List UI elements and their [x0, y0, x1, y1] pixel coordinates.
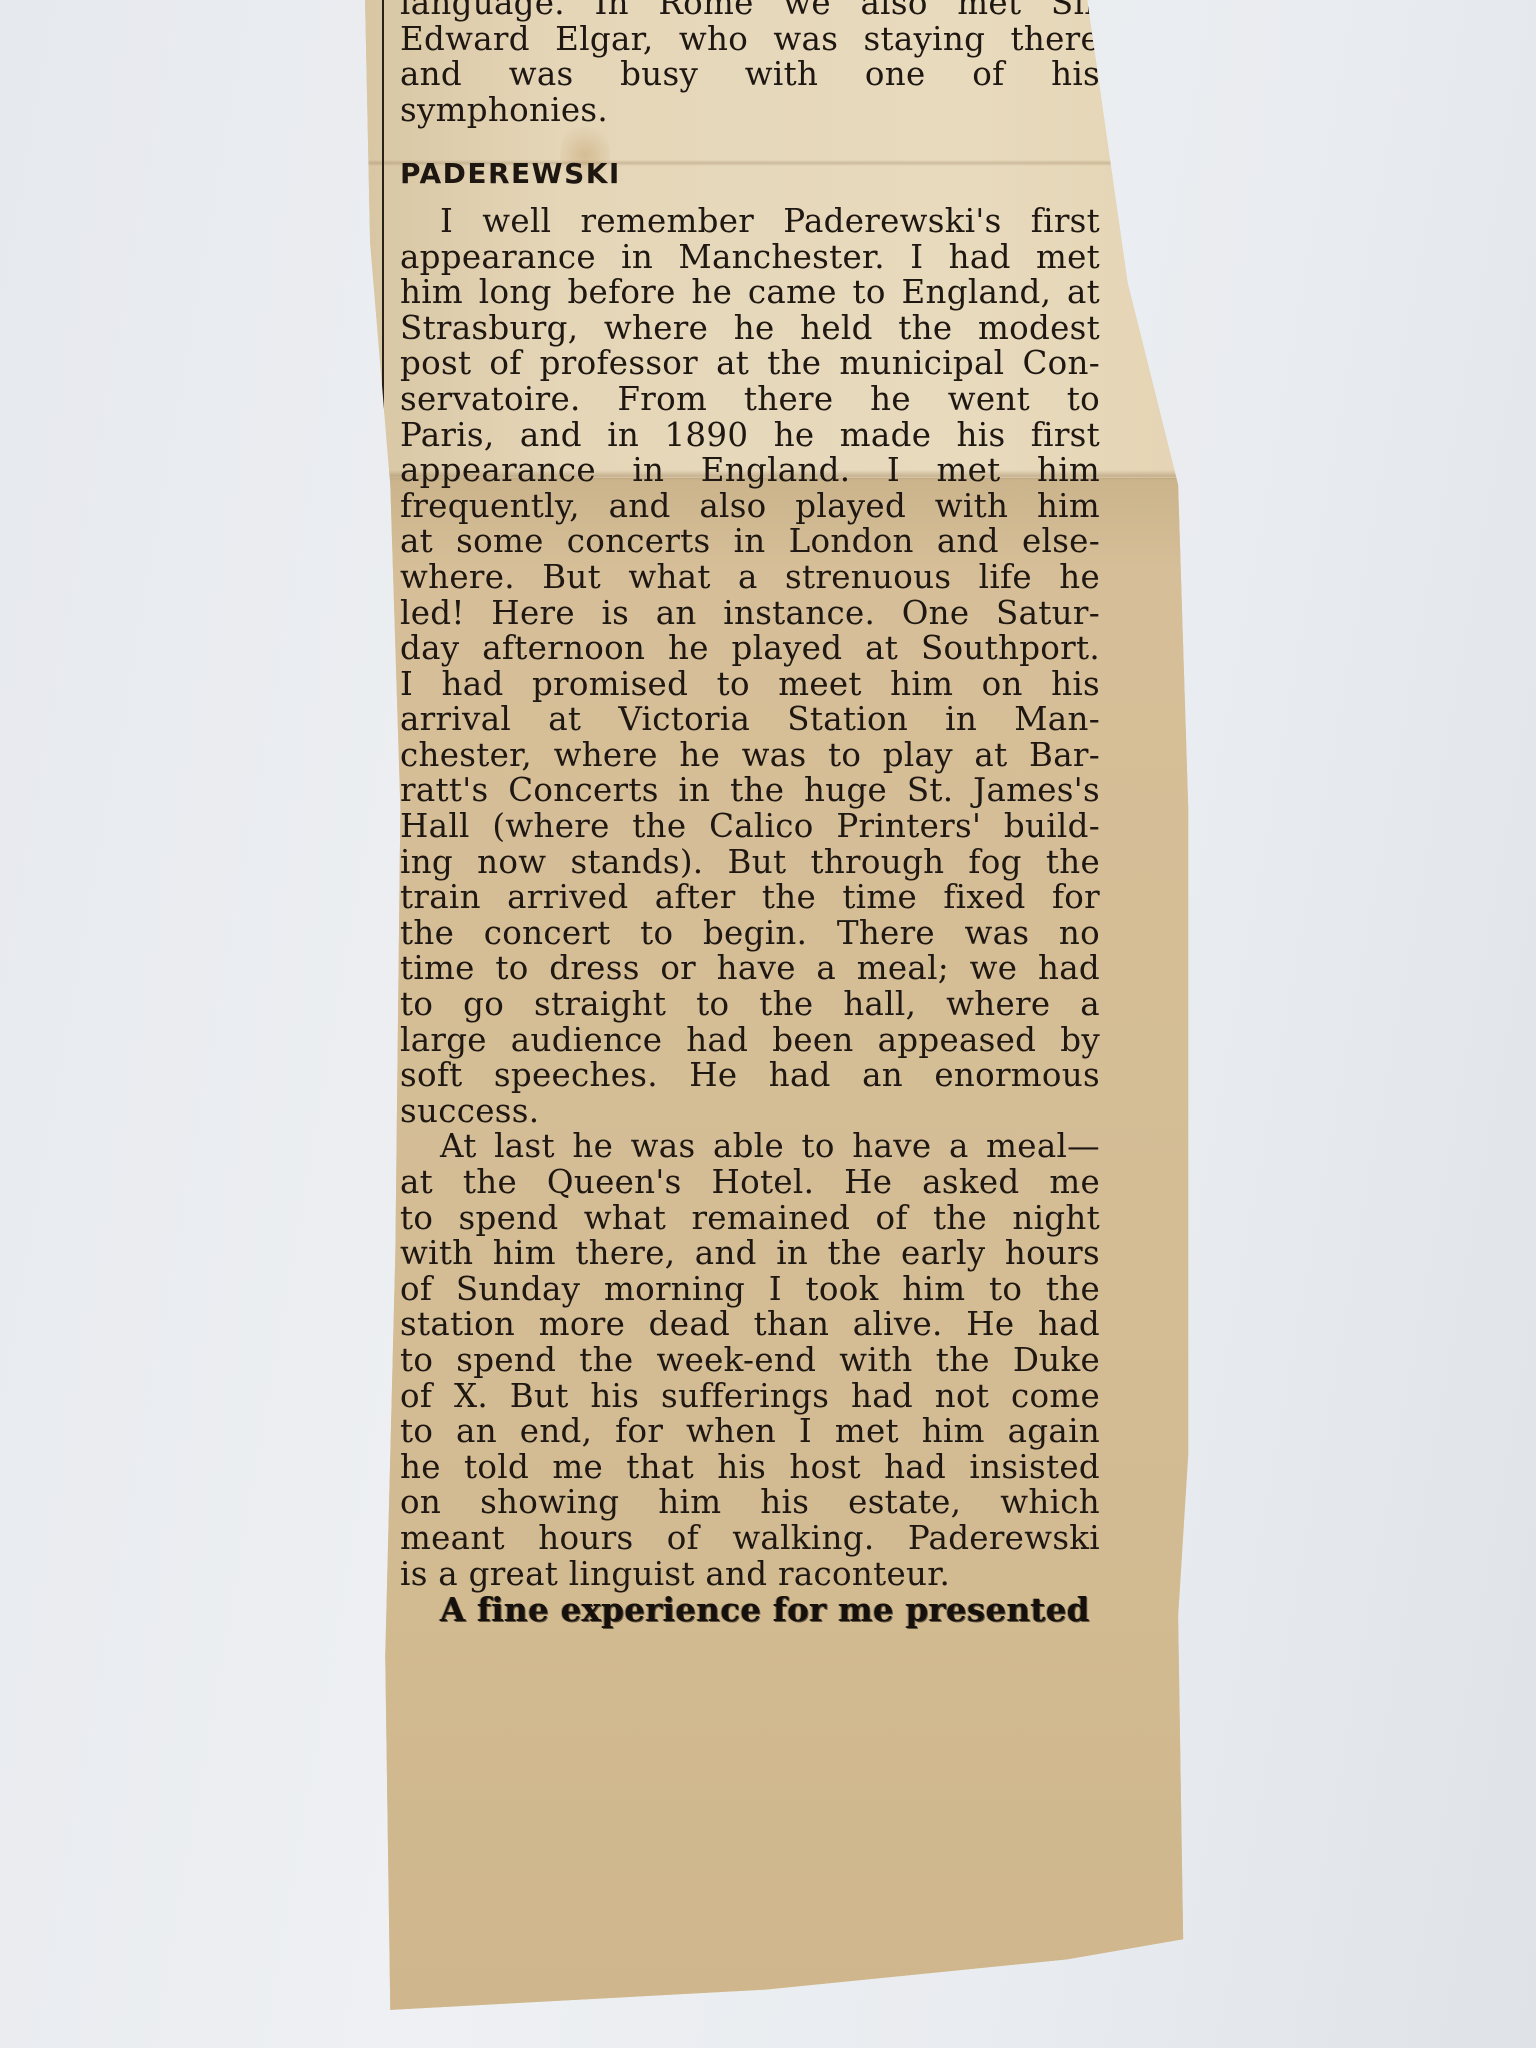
- text-line: with him there, and in the early hours: [400, 1236, 1100, 1272]
- text-line: frequently, and also played with him: [400, 489, 1100, 525]
- text-line: led! Here is an instance. One Satur-: [400, 596, 1100, 632]
- text-line: where. But what a strenuous life he: [400, 560, 1100, 596]
- section-heading: PADEREWSKI: [400, 156, 1100, 192]
- text-line: train arrived after the time fixed for: [400, 880, 1100, 916]
- text-line: meant hours of walking. Paderewski: [400, 1521, 1100, 1557]
- text-line: servatoire. From there he went to: [400, 382, 1100, 418]
- text-line: At last he was able to have a meal—: [400, 1129, 1100, 1165]
- text-line: he told me that his host had insisted: [400, 1450, 1100, 1486]
- text-line: to an end, for when I met him again: [400, 1414, 1100, 1450]
- text-line: Hall (where the Calico Printers' build-: [400, 809, 1100, 845]
- paragraph-3: A fine experience for me presented: [400, 1592, 1100, 1628]
- text-line: I well remember Paderewski's first: [400, 204, 1100, 240]
- text-line: him long before he came to England, at: [400, 275, 1100, 311]
- text-line: station more dead than alive. He had: [400, 1307, 1100, 1343]
- text-line: to go straight to the hall, where a: [400, 987, 1100, 1023]
- paragraph-2: At last he was able to have a meal—at th…: [400, 1129, 1100, 1592]
- text-line: large audience had been appeased by: [400, 1023, 1100, 1059]
- text-line: of X. But his sufferings had not come: [400, 1379, 1100, 1415]
- text-line: of Sunday morning I took him to the: [400, 1272, 1100, 1308]
- text-line: on showing him his estate, which: [400, 1485, 1100, 1521]
- text-line: symphonies.: [400, 93, 1100, 129]
- text-line: day afternoon he played at Southport.: [400, 631, 1100, 667]
- text-line: at the Queen's Hotel. He asked me: [400, 1165, 1100, 1201]
- text-line: appearance in Manchester. I had met: [400, 240, 1100, 276]
- text-line: to spend what remained of the night: [400, 1201, 1100, 1237]
- newspaper-clipping: language. In Rome we also met SirEdward …: [360, 0, 1370, 2020]
- column-rule: [382, 0, 384, 1632]
- text-line: A fine experience for me presented: [400, 1592, 1100, 1628]
- text-line: time to dress or have a meal; we had: [400, 951, 1100, 987]
- article-text: language. In Rome we also met SirEdward …: [400, 0, 1100, 1628]
- text-line: Strasburg, where he held the modest: [400, 311, 1100, 347]
- text-line: language. In Rome we also met Sir: [400, 0, 1100, 22]
- text-line: at some concerts in London and else-: [400, 524, 1100, 560]
- paragraph-1: I well remember Paderewski's firstappear…: [400, 204, 1100, 1129]
- text-line: to spend the week-end with the Duke: [400, 1343, 1100, 1379]
- text-line: I had promised to meet him on his: [400, 667, 1100, 703]
- text-line: arrival at Victoria Station in Man-: [400, 702, 1100, 738]
- text-line: chester, where he was to play at Bar-: [400, 738, 1100, 774]
- text-line: Paris, and in 1890 he made his first: [400, 418, 1100, 454]
- text-line: ing now stands). But through fog the: [400, 845, 1100, 881]
- text-line: ratt's Concerts in the huge St. James's: [400, 773, 1100, 809]
- text-line: and was busy with one of his: [400, 57, 1100, 93]
- text-line: is a great linguist and raconteur.: [400, 1557, 1100, 1593]
- text-line: appearance in England. I met him: [400, 453, 1100, 489]
- text-line: the concert to begin. There was no: [400, 916, 1100, 952]
- intro-paragraph: language. In Rome we also met SirEdward …: [400, 0, 1100, 128]
- text-line: soft speeches. He had an enormous: [400, 1058, 1100, 1094]
- paper-stain: [1360, 1160, 1420, 1240]
- text-line: Edward Elgar, who was staying there: [400, 22, 1100, 58]
- text-line: success.: [400, 1094, 1100, 1130]
- text-line: post of professor at the municipal Con-: [400, 346, 1100, 382]
